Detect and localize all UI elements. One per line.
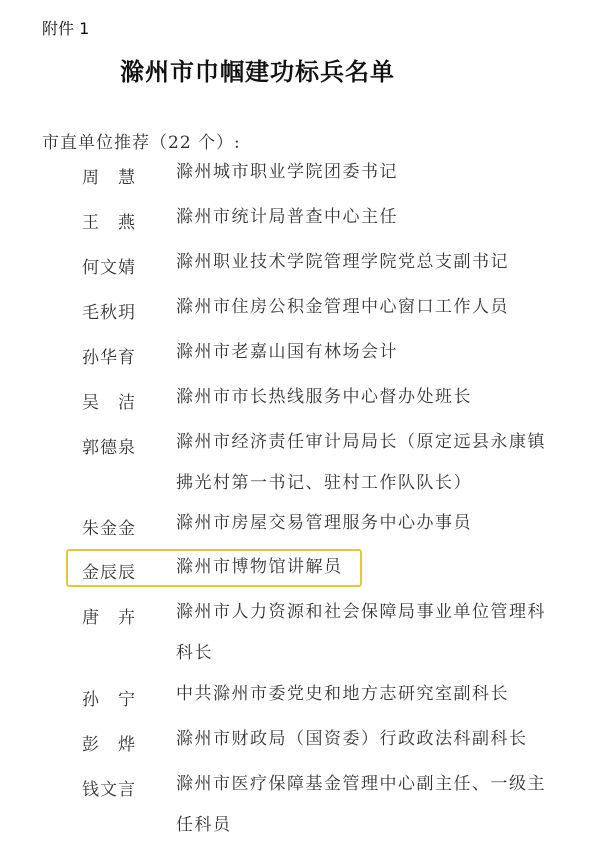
person-name: 王 燕 xyxy=(82,208,136,233)
person-position: 滁州城市职业学院团委书记 xyxy=(176,152,556,193)
person-position: 滁州市医疗保障基金管理中心副主任、一级主任科员 xyxy=(176,764,546,846)
person-position: 滁州市博物馆讲解员 xyxy=(176,547,556,588)
person-name: 钱文言 xyxy=(82,775,136,800)
person-position: 滁州市房屋交易管理服务中心办事员 xyxy=(176,503,556,544)
person-position: 滁州市人力资源和社会保障局事业单位管理科科长 xyxy=(176,592,546,674)
person-position: 滁州市住房公积金管理中心窗口工作人员 xyxy=(176,287,556,328)
document-title: 滁州市巾帼建功标兵名单 xyxy=(120,52,395,87)
person-name: 周 慧 xyxy=(82,163,136,188)
person-position: 滁州市统计局普查中心主任 xyxy=(176,197,556,238)
person-name: 朱金金 xyxy=(82,514,136,539)
person-name: 金辰辰 xyxy=(82,558,136,583)
person-position: 滁州市老嘉山国有林场会计 xyxy=(176,332,556,373)
person-position: 滁州市市长热线服务中心督办处班长 xyxy=(176,377,556,418)
person-name: 孙 宁 xyxy=(82,685,136,710)
person-name: 唐 卉 xyxy=(82,603,136,628)
person-position: 滁州市经济责任审计局局长（原定远县永康镇拂光村第一书记、驻村工作队队长） xyxy=(176,422,546,504)
person-name: 彭 烨 xyxy=(82,730,136,755)
person-position: 滁州职业技术学院管理学院党总支副书记 xyxy=(176,242,556,283)
person-name: 郭德泉 xyxy=(82,433,136,458)
person-position: 滁州市财政局（国资委）行政政法科副科长 xyxy=(176,719,556,760)
person-position: 中共滁州市委党史和地方志研究室副科长 xyxy=(176,674,556,715)
person-name: 何文婧 xyxy=(82,253,136,278)
section-heading: 市直单位推荐（22 个）: xyxy=(42,128,241,153)
person-name: 孙华育 xyxy=(82,343,136,368)
annex-label: 附件 1 xyxy=(42,16,89,39)
person-name: 毛秋玥 xyxy=(82,298,136,323)
person-name: 吴 洁 xyxy=(82,388,136,413)
